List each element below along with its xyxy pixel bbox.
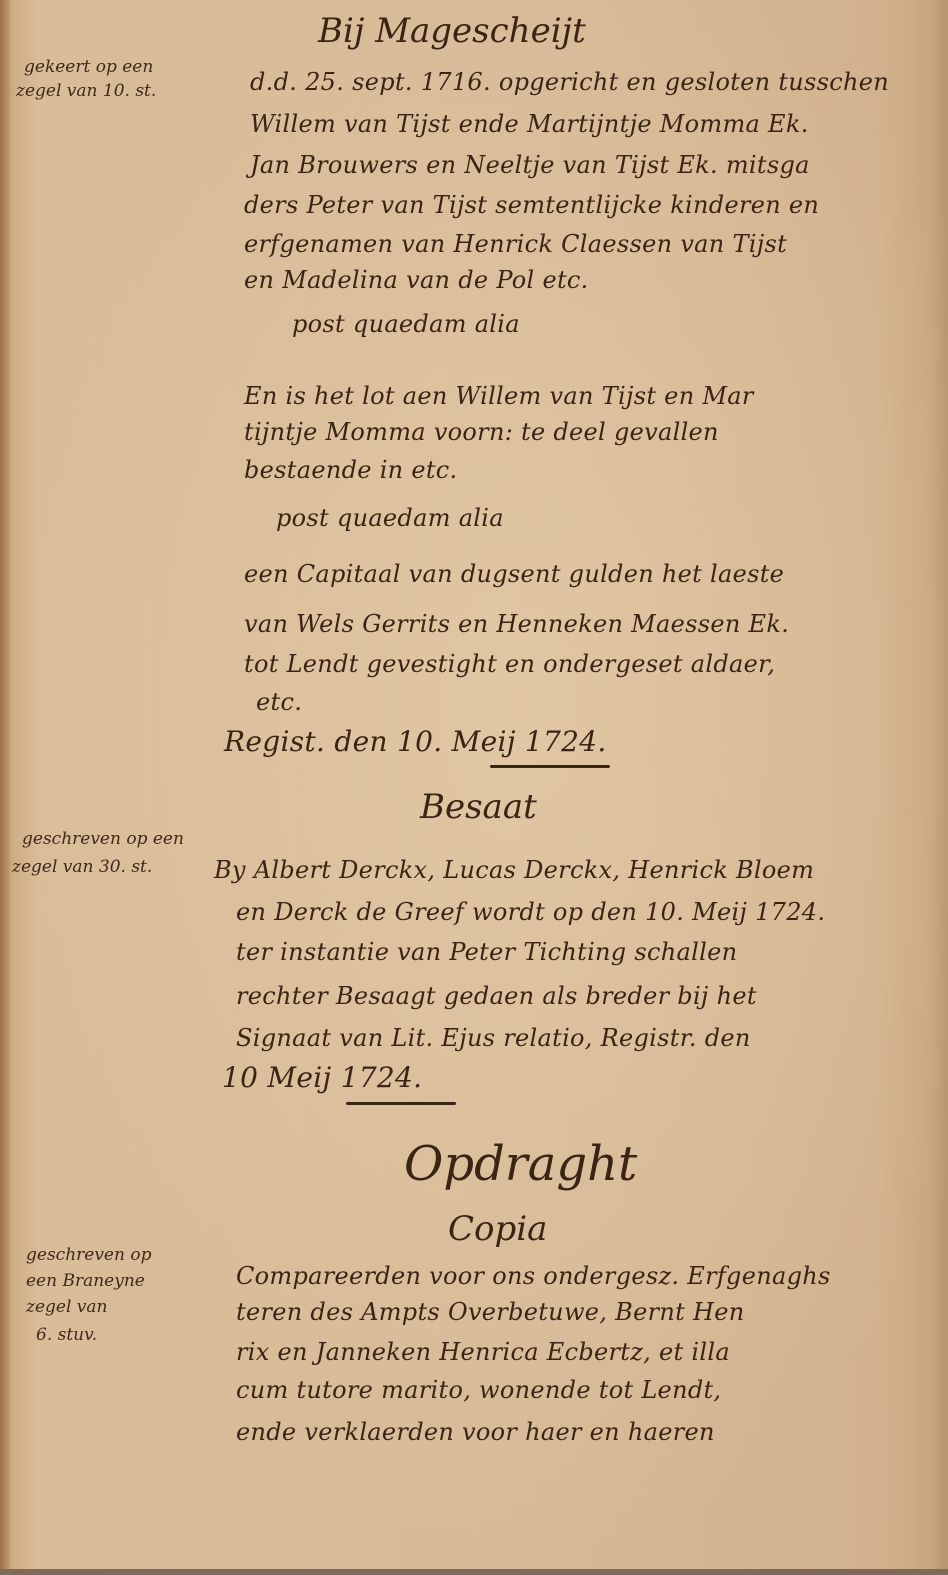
heading-besaat: Besaat bbox=[420, 790, 537, 824]
text-line: By Albert Derckx, Lucas Derckx, Henrick … bbox=[214, 858, 814, 882]
text-line: Jan Brouwers en Neeltje van Tijst Ek. mi… bbox=[250, 153, 810, 177]
text-line: Compareerden voor ons ondergesz. Erfgena… bbox=[236, 1264, 831, 1288]
text-line: etc. bbox=[256, 690, 302, 714]
text-line: en Madelina van de Pol etc. bbox=[244, 268, 589, 292]
underline-rule bbox=[490, 765, 610, 768]
text-line: bestaende in etc. bbox=[244, 458, 457, 482]
text-line: cum tutore marito, wonende tot Lendt, bbox=[236, 1378, 721, 1402]
underline-rule bbox=[346, 1102, 456, 1105]
text-line: ter instantie van Peter Tichting schalle… bbox=[236, 940, 737, 964]
margin-note-opdraght-line-1: geschreven op bbox=[26, 1246, 151, 1266]
text-line: tijntje Momma voorn: te deel gevallen bbox=[244, 420, 719, 444]
text-line: Signaat van Lit. Ejus relatio, Registr. … bbox=[236, 1026, 751, 1050]
margin-note-opdraght-line-2: een Braneyne bbox=[26, 1272, 145, 1292]
text-line: d.d. 25. sept. 1716. opgericht en geslot… bbox=[250, 70, 889, 94]
text-line: een Capitaal van dugsent gulden het laes… bbox=[244, 562, 784, 586]
margin-note-opdraght-line-4: 6. stuv. bbox=[36, 1326, 97, 1346]
text-line: erfgenamen van Henrick Claessen van Tijs… bbox=[244, 232, 787, 256]
margin-note-magescheyt-line-1: gekeert op een bbox=[24, 58, 153, 78]
text-line: rix en Janneken Henrica Ecbertz, et illa bbox=[236, 1340, 730, 1364]
registration-line: 10 Meij 1724. bbox=[222, 1064, 422, 1092]
registration-line: Regist. den 10. Meij 1724. bbox=[224, 728, 607, 756]
margin-note-besaat-line-2: zegel van 30. st. bbox=[12, 858, 152, 878]
heading-opdraght: Opdraght bbox=[404, 1140, 637, 1188]
text-line: van Wels Gerrits en Henneken Maessen Ek. bbox=[244, 612, 789, 636]
manuscript-page: Bij Magescheijt gekeert op een zegel van… bbox=[0, 0, 948, 1575]
text-line: rechter Besaagt gedaen als breder bij he… bbox=[236, 984, 757, 1008]
text-line: ders Peter van Tijst semtentlijcke kinde… bbox=[244, 193, 819, 217]
text-line: teren des Ampts Overbetuwe, Bernt Hen bbox=[236, 1300, 744, 1324]
text-line: en Derck de Greef wordt op den 10. Meij … bbox=[236, 900, 825, 924]
text-line: post quaedam alia bbox=[292, 312, 520, 336]
text-line: tot Lendt gevestight en ondergeset aldae… bbox=[244, 652, 775, 676]
text-line: ende verklaerden voor haer en haeren bbox=[236, 1420, 715, 1444]
margin-note-besaat-line-1: geschreven op een bbox=[22, 830, 184, 850]
heading-copia: Copia bbox=[448, 1212, 547, 1246]
margin-note-opdraght-line-3: zegel van bbox=[26, 1298, 108, 1318]
text-line: post quaedam alia bbox=[276, 506, 504, 530]
page-bottom-edge bbox=[0, 1569, 948, 1575]
text-line: Willem van Tijst ende Martijntje Momma E… bbox=[250, 112, 809, 136]
text-line: En is het lot aen Willem van Tijst en Ma… bbox=[244, 384, 754, 408]
margin-note-magescheyt-line-2: zegel van 10. st. bbox=[16, 82, 156, 102]
binding-edge bbox=[0, 0, 10, 1575]
heading-magescheyt: Bij Magescheijt bbox=[318, 14, 586, 48]
